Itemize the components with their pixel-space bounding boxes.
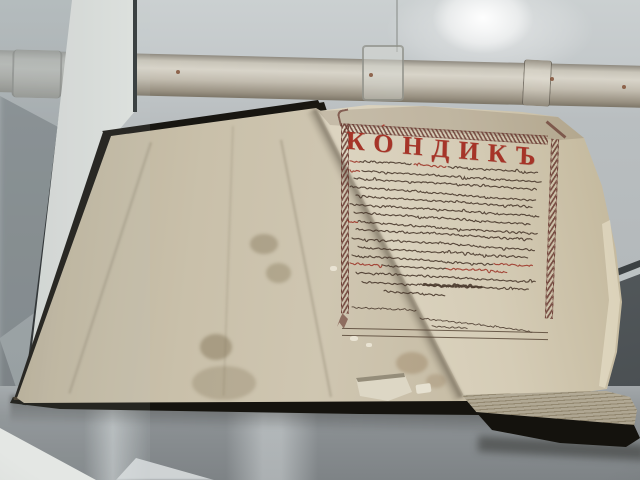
display-case-photo: КОНДИКЪ ˊ [0,0,640,480]
photo-vignette [0,0,640,480]
